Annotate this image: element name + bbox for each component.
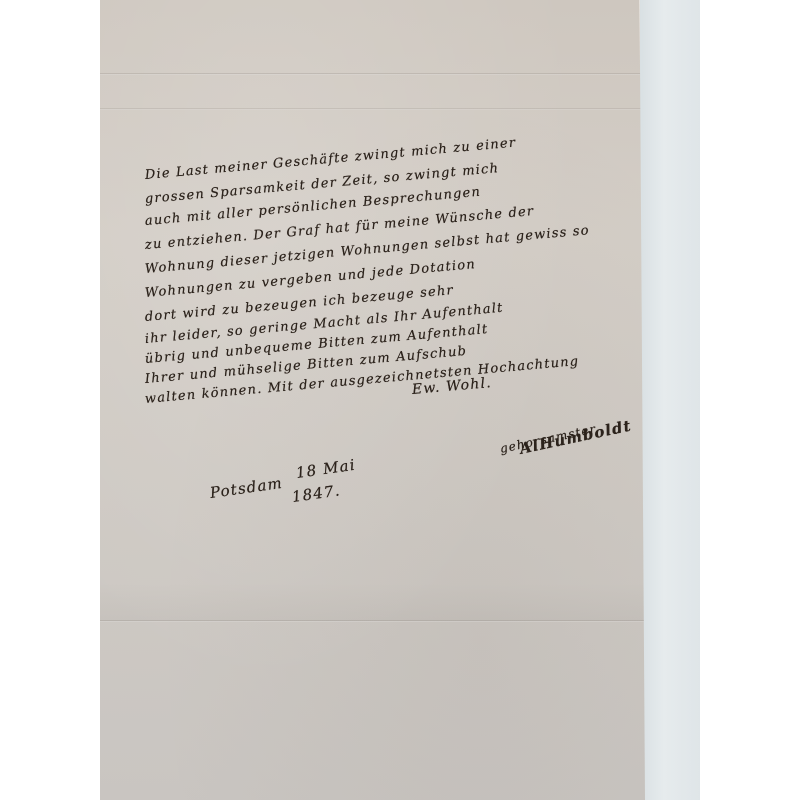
- fold-line: [100, 108, 645, 110]
- fold-line: [100, 73, 645, 75]
- background-wall: [640, 0, 700, 800]
- fold-shadow: [100, 583, 645, 621]
- fold-line: [100, 620, 645, 622]
